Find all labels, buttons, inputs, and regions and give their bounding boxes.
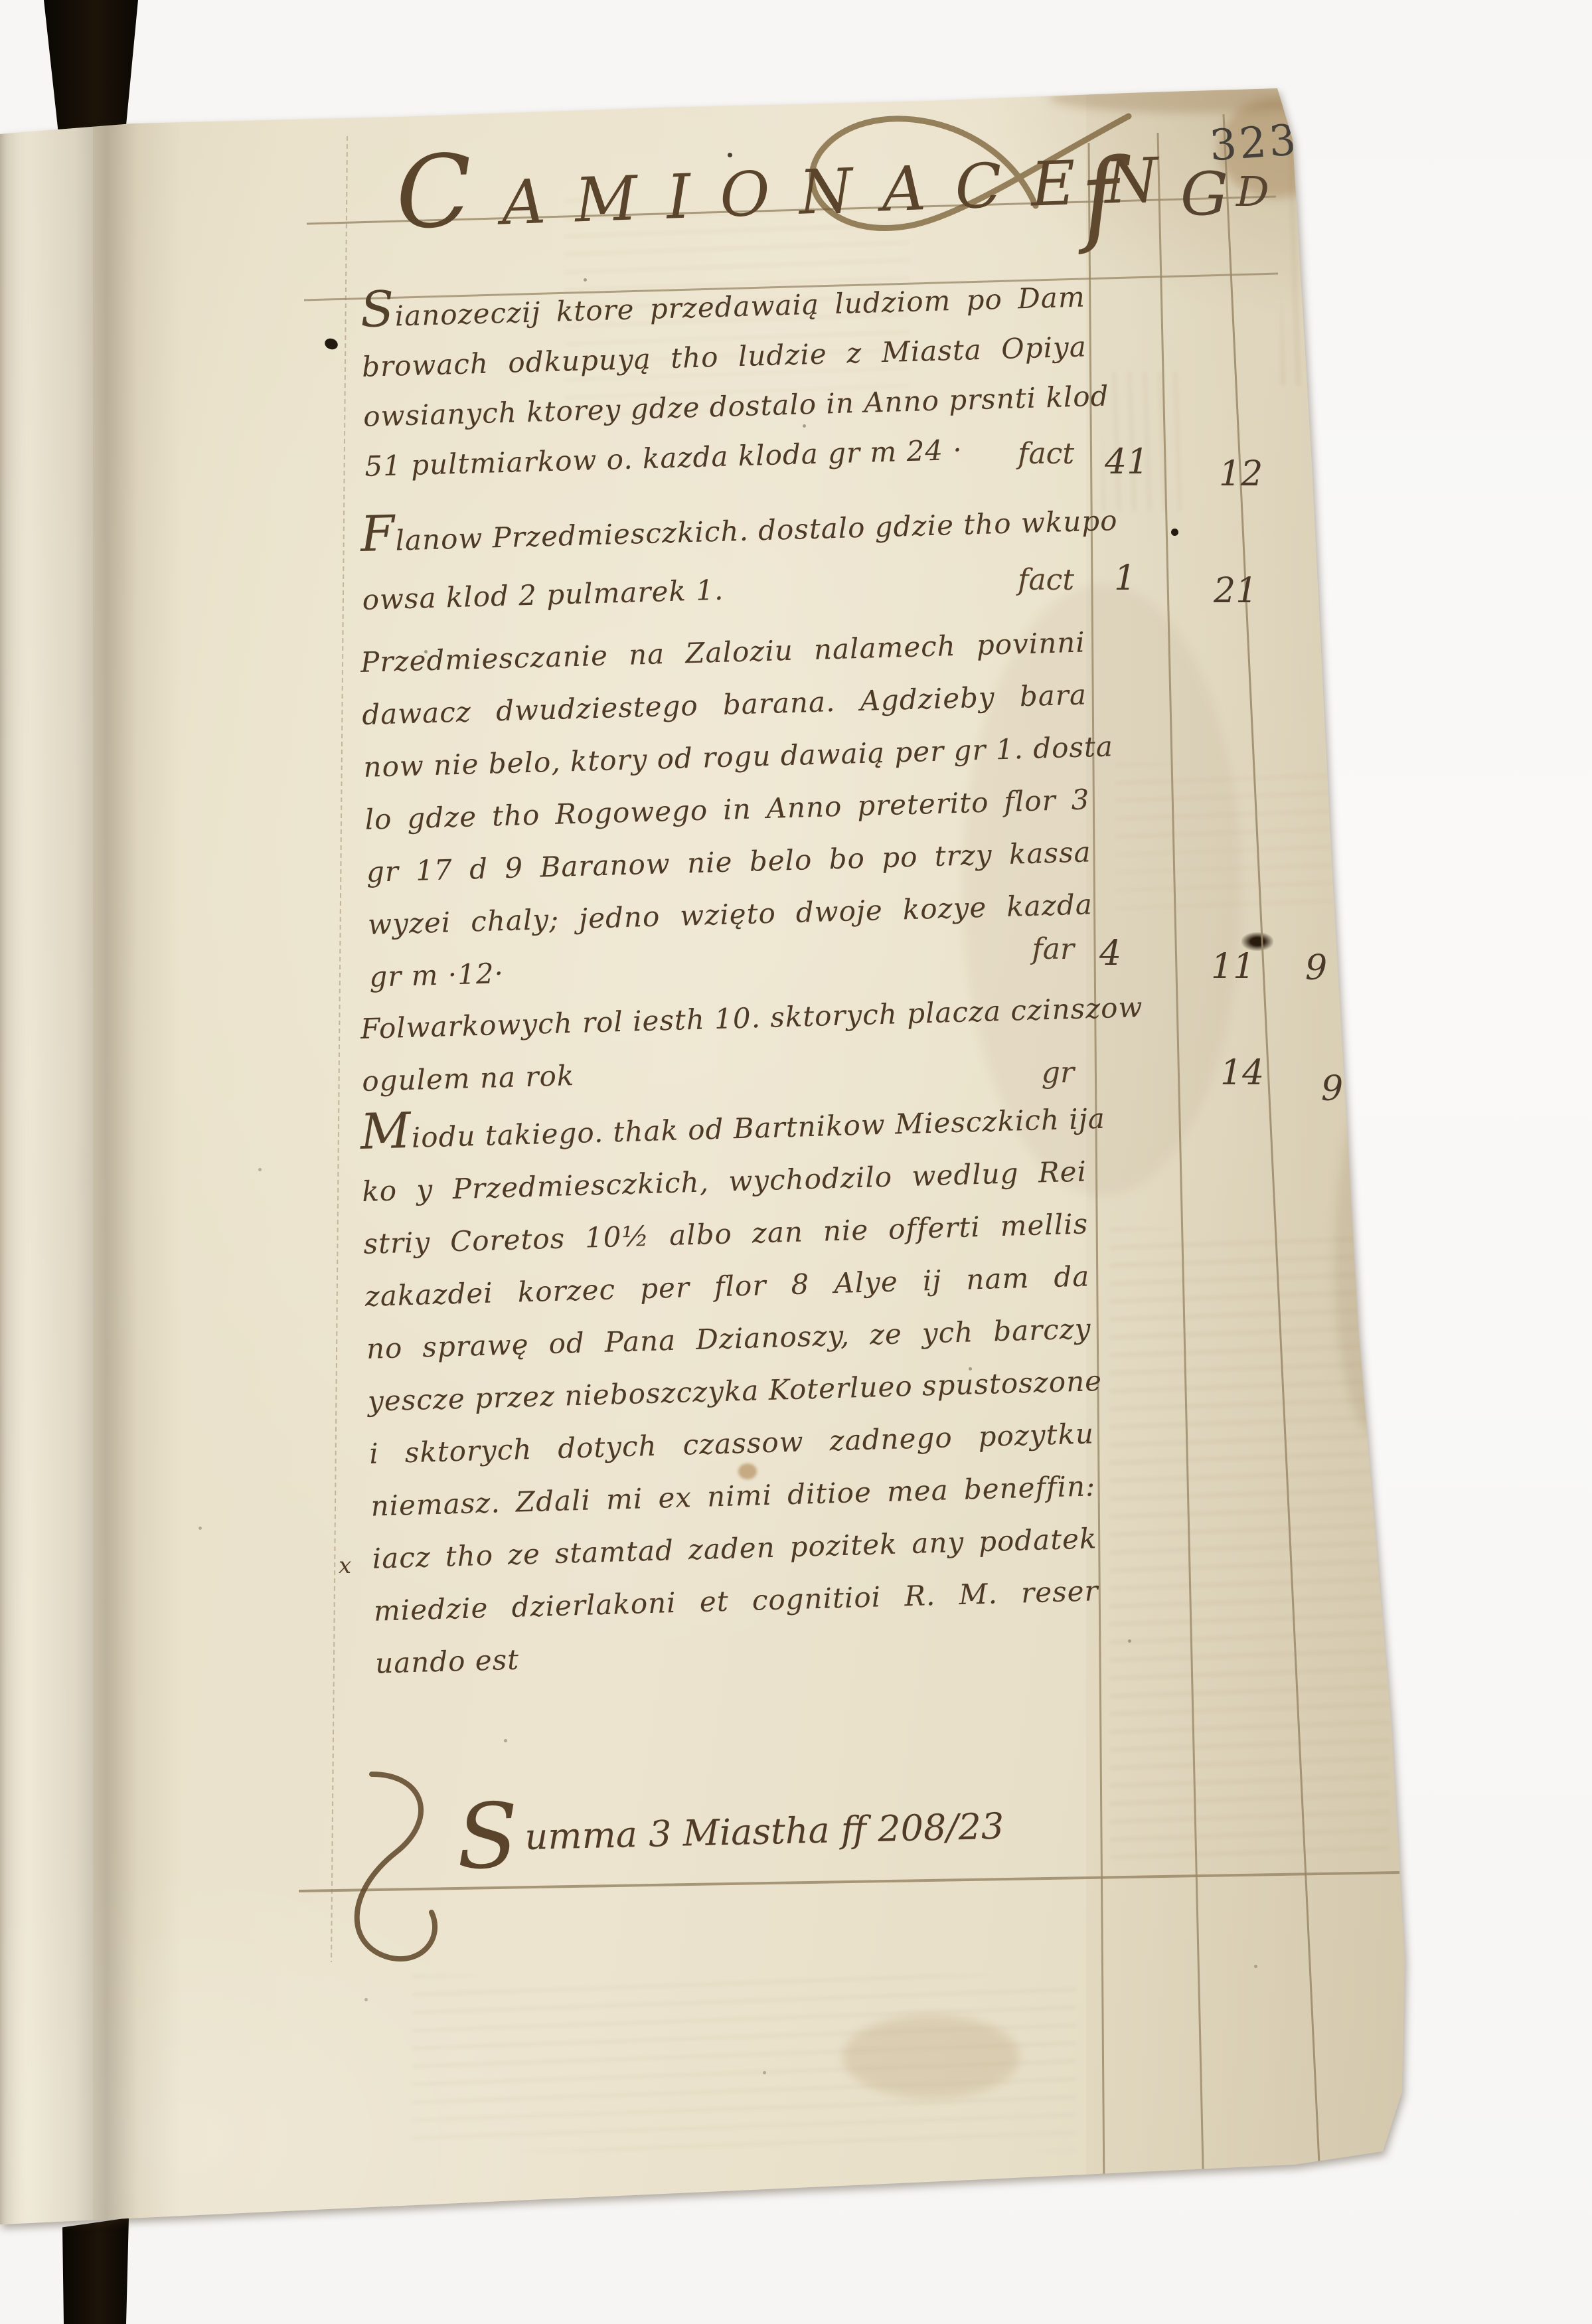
row-label-facit: fact xyxy=(988,563,1074,597)
scanned-book-photo: CAMIONACEN 323. f G D Sianozeczij ktore … xyxy=(0,0,1592,2324)
total-grossi: 14 xyxy=(1220,1053,1264,1093)
paper-stain xyxy=(1334,1089,1414,1434)
paper-surface: CAMIONACEN 323. f G D Sianozeczij ktore … xyxy=(0,0,1592,2324)
total-florins: 41 xyxy=(1105,442,1149,482)
summa-initial: S xyxy=(455,1784,519,1889)
paragraph-ram-tribute: Przedmiesczanie na Zaloziu nalamech povi… xyxy=(360,616,1095,1003)
margin-mark: x xyxy=(339,1552,351,1579)
row-label-grossi: gr xyxy=(988,1056,1074,1090)
summa-text: umma 3 Miastha ff 208/23 xyxy=(524,1805,1004,1858)
paper-stain xyxy=(843,2015,1019,2098)
ink-dot xyxy=(1171,529,1178,536)
total-grossi: 12 xyxy=(1219,454,1263,494)
total-florins: 1 xyxy=(1114,558,1136,598)
paragraph-hay-meadows: Sianozeczij ktore przedawaią ludziom po … xyxy=(360,272,1090,491)
paragraph-honey-tribute: Miodu takiego. thak od Bartnikow Miesczk… xyxy=(360,1093,1101,1690)
total-grossi: 21 xyxy=(1214,571,1257,611)
total-denarii: 9 xyxy=(1305,948,1327,988)
manuscript-page: CAMIONACEN 323. f G D Sianozeczij ktore … xyxy=(0,0,1592,2324)
paper-specks xyxy=(0,0,2,2)
paragraph-manor-fields: Folwarkowych rol iesth 10. sktorych plac… xyxy=(360,983,1087,1108)
ink-blot xyxy=(323,337,339,351)
paper-stain xyxy=(1049,84,1334,113)
gutter-shadow xyxy=(25,86,181,2238)
ink-dot xyxy=(1350,414,1356,420)
paragraph-suburban-fields: Flanow Przedmiesczkich. dostalo gdzie th… xyxy=(360,493,1087,629)
row-label-facit: far xyxy=(988,932,1074,966)
column-header-grossi: G xyxy=(1180,159,1228,229)
rule-margin-left xyxy=(331,136,347,1962)
summa-flourish xyxy=(357,1774,435,1959)
total-grossi: 11 xyxy=(1211,947,1255,987)
page-title: CAMIONACEN xyxy=(395,143,1188,242)
summa-line: Summa 3 Miastha ff 208/23 xyxy=(456,1805,1004,1860)
row-label-facit: fact xyxy=(988,437,1074,471)
column-header-denarii: D xyxy=(1236,167,1269,216)
total-florins: 4 xyxy=(1099,934,1121,973)
total-denarii: 9 xyxy=(1321,1069,1343,1109)
